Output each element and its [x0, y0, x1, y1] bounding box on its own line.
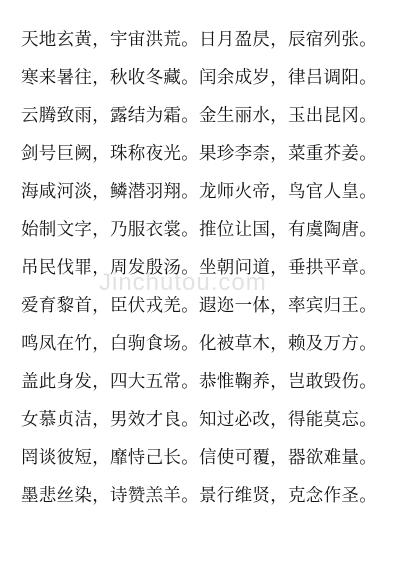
text-line-13: 墨悲丝染，诗赞羔羊。景行维贤，克念作圣。	[21, 476, 388, 514]
text-line-3: 云腾致雨，露结为霜。金生丽水，玉出昆冈。	[21, 96, 388, 134]
text-line-11: 女慕贞洁，男效才良。知过必改，得能莫忘。	[21, 400, 388, 438]
text-line-10: 盖此身发，四大五常。恭惟鞠养，岂敢毁伤。	[21, 362, 388, 400]
text-line-6: 始制文字，乃服衣裳。推位让国，有虞陶唐。	[21, 210, 388, 248]
text-line-1: 天地玄黄，宇宙洪荒。日月盈昃，辰宿列张。	[21, 20, 388, 58]
text-line-12: 罔谈彼短，靡恃己长。信使可覆，器欲难量。	[21, 438, 388, 476]
text-line-8: 爱育黎首，臣伏戎羌。遐迩一体，率宾归王。	[21, 286, 388, 324]
text-body: 天地玄黄，宇宙洪荒。日月盈昃，辰宿列张。 寒来暑往，秋收冬藏。闰余成岁，律吕调阳…	[21, 20, 388, 514]
text-line-7: 吊民伐罪，周发殷汤。坐朝问道，垂拱平章。	[21, 248, 388, 286]
document-page: Jinchutou.com 天地玄黄，宇宙洪荒。日月盈昃，辰宿列张。 寒来暑往，…	[0, 0, 400, 566]
text-line-4: 剑号巨阙，珠称夜光。果珍李柰，菜重芥姜。	[21, 134, 388, 172]
text-line-2: 寒来暑往，秋收冬藏。闰余成岁，律吕调阳。	[21, 58, 388, 96]
text-line-9: 鸣凤在竹，白驹食场。化被草木，赖及万方。	[21, 324, 388, 362]
text-line-5: 海咸河淡，鳞潜羽翔。龙师火帝，鸟官人皇。	[21, 172, 388, 210]
